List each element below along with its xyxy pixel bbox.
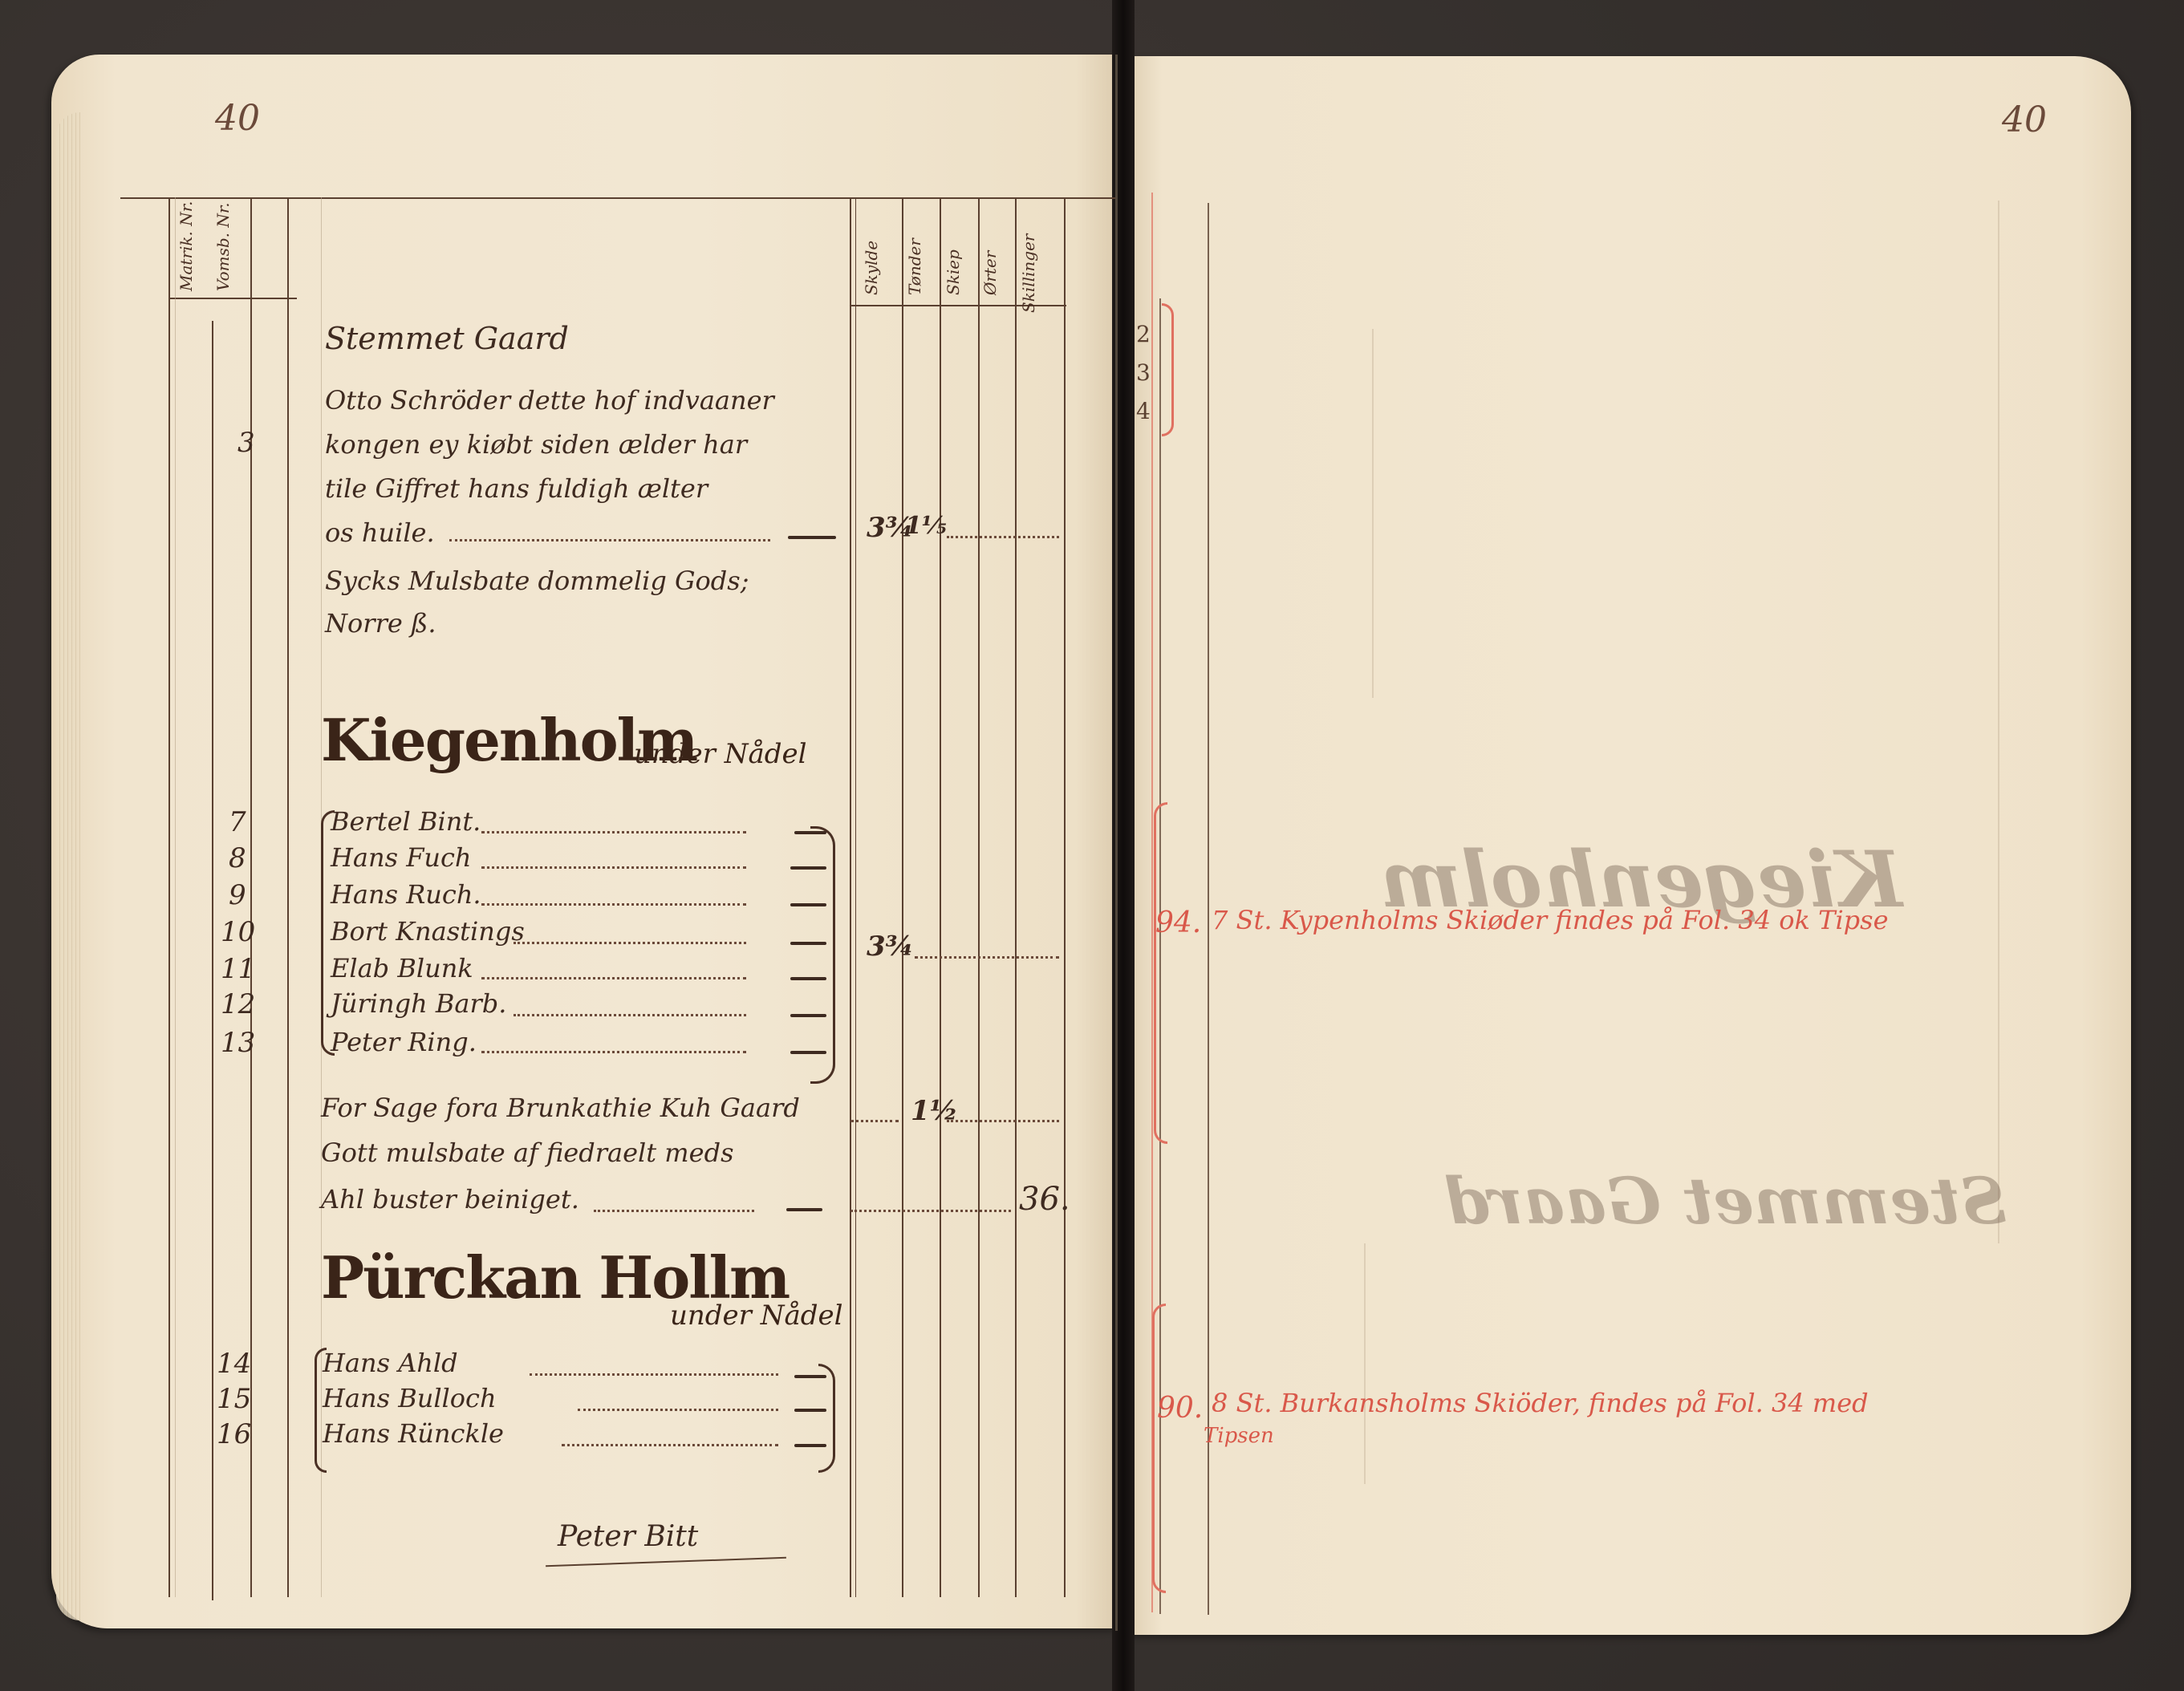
- leader-dash: [790, 977, 826, 980]
- section-heading: Stemmet Gaard: [325, 321, 569, 356]
- leader-dots: [514, 1014, 746, 1016]
- entry-name: Hans Ruch.: [331, 879, 481, 910]
- red-annotation: 7 St. Kypenholms Skiøder findes på Fol. …: [1212, 905, 1889, 935]
- leader-dots: [449, 539, 770, 541]
- group-brace: [810, 826, 835, 1084]
- leader-dots: [481, 903, 746, 906]
- leader-dots: [947, 536, 1059, 538]
- leader-dash: [794, 1375, 826, 1378]
- red-brace: [1152, 1304, 1166, 1593]
- col-rule: [850, 197, 851, 1597]
- leader-dots: [850, 1120, 899, 1122]
- entry-number: 14: [217, 1348, 251, 1380]
- leader-dots: [562, 1444, 778, 1446]
- leader-dash: [794, 1444, 826, 1447]
- leader-dots: [594, 1210, 754, 1212]
- col-header: Matrik. Nr.: [177, 207, 196, 291]
- col-rule: [855, 197, 856, 1597]
- bleed-through-text: Stemmet Gaard: [1444, 1163, 2007, 1239]
- entry-number: 10: [221, 916, 255, 948]
- col-rule: [940, 197, 941, 1597]
- col-rule: [1064, 197, 1066, 1597]
- red-annotation-ref: 90.: [1157, 1392, 1203, 1425]
- header-bottom-rule-left: [168, 298, 297, 299]
- margin-rule: [1208, 203, 1209, 1615]
- entry-name: Hans Rünckle: [323, 1418, 504, 1449]
- entry-number: 3: [237, 427, 255, 459]
- col-rule: [287, 197, 289, 1597]
- leader-dash: [794, 831, 826, 834]
- section-subheading: under Nådel: [634, 738, 807, 770]
- leader-dash: [794, 1409, 826, 1412]
- leader-dots: [481, 977, 746, 979]
- leader-dash: [788, 536, 836, 539]
- group-total: 3¾: [867, 931, 914, 963]
- entry-name: Hans Ahld: [323, 1348, 458, 1378]
- note-line: Sycks Mulsbate dommelig Gods;: [325, 566, 749, 596]
- note-line: Ahl buster beiniget.: [321, 1184, 579, 1215]
- col-rule: [175, 197, 176, 1597]
- left-folio-number: 40: [215, 98, 260, 139]
- col-header: Ørter: [980, 207, 1000, 295]
- margin-number: 4: [1136, 398, 1151, 424]
- leader-dots: [530, 1373, 778, 1376]
- leader-dash: [786, 1208, 822, 1211]
- leader-dots: [947, 1120, 1059, 1122]
- entry-number: 16: [217, 1418, 251, 1450]
- bleed-through-rule: [1372, 329, 1374, 698]
- col-header: Tønder: [905, 207, 924, 295]
- entry-number: 7: [229, 806, 246, 838]
- entry-number: 9: [229, 879, 246, 911]
- entry-value: 1⅕: [905, 512, 947, 540]
- red-annotation-continuation: Tipsen: [1204, 1424, 1274, 1448]
- leader-dash: [790, 1014, 826, 1017]
- entry-number: 12: [221, 988, 255, 1020]
- entry-line: kongen ey kiøbt siden ælder har: [325, 429, 747, 460]
- entry-name: Elab Blunk: [331, 953, 473, 983]
- entry-line: os huile.: [325, 517, 435, 548]
- red-brace: [1162, 303, 1174, 436]
- col-header: Skiep: [944, 207, 963, 295]
- col-rule: [168, 197, 170, 1597]
- entry-name: Peter Ring.: [331, 1027, 477, 1057]
- entry-name: Bort Knastings: [331, 916, 525, 947]
- col-header: Vomsb. Nr.: [213, 207, 233, 291]
- col-rule: [978, 197, 980, 1597]
- col-rule: [902, 197, 903, 1597]
- red-brace: [1154, 802, 1167, 1144]
- note-line: Gott mulsbate af fiedraelt meds: [321, 1137, 733, 1168]
- col-rule: [1015, 197, 1017, 1597]
- margin-number: 2: [1136, 321, 1151, 347]
- red-annotation: 8 St. Burkansholms Skiöder, findes på Fo…: [1212, 1388, 1869, 1418]
- entry-name: Hans Fuch: [331, 842, 472, 873]
- entry-number: 13: [221, 1027, 255, 1059]
- note-value: 1½: [911, 1095, 958, 1127]
- leader-dash: [790, 1051, 826, 1054]
- entry-name: Jüringh Barb.: [331, 988, 506, 1019]
- leader-dots: [481, 1051, 746, 1053]
- red-annotation-ref: 94.: [1155, 906, 1201, 939]
- col-rule: [212, 321, 213, 1600]
- bleed-through-rule: [1998, 201, 1999, 1243]
- entry-name: Bertel Bint.: [331, 806, 481, 837]
- signature: Peter Bitt: [558, 1520, 698, 1553]
- col-header: Skillinger: [1019, 185, 1038, 313]
- col-header: Skylde: [862, 207, 881, 295]
- section-subheading: under Nådel: [670, 1300, 843, 1332]
- margin-number: 3: [1136, 359, 1151, 386]
- header-top-rule: [120, 197, 1115, 199]
- leader-dots: [578, 1409, 778, 1411]
- leader-dots: [915, 956, 1059, 959]
- leader-dots: [514, 942, 746, 944]
- leader-dots: [481, 866, 746, 869]
- group-brace: [818, 1364, 835, 1473]
- right-folio-number: 40: [2002, 99, 2047, 140]
- entry-number: 8: [229, 842, 246, 874]
- leader-dots: [481, 831, 746, 833]
- note-line: Norre ß.: [325, 608, 436, 639]
- entry-line: tile Giffret hans fuldigh ælter: [325, 473, 708, 504]
- entry-number: 15: [217, 1383, 251, 1415]
- leader-dots: [850, 1210, 1011, 1212]
- entry-line: Otto Schröder dette hof indvaaner: [325, 385, 774, 416]
- leader-dash: [790, 903, 826, 906]
- leader-dash: [790, 942, 826, 945]
- note-line: For Sage fora Brunkathie Kuh Gaard: [321, 1093, 800, 1123]
- leader-dash: [790, 866, 826, 870]
- bleed-through-rule: [1364, 1243, 1366, 1484]
- note-value: 36.: [1019, 1181, 1070, 1218]
- gutter-crease: [1115, 55, 1118, 1631]
- entry-number: 11: [221, 953, 255, 985]
- entry-name: Hans Bulloch: [323, 1383, 497, 1413]
- page-edges: [56, 112, 80, 1620]
